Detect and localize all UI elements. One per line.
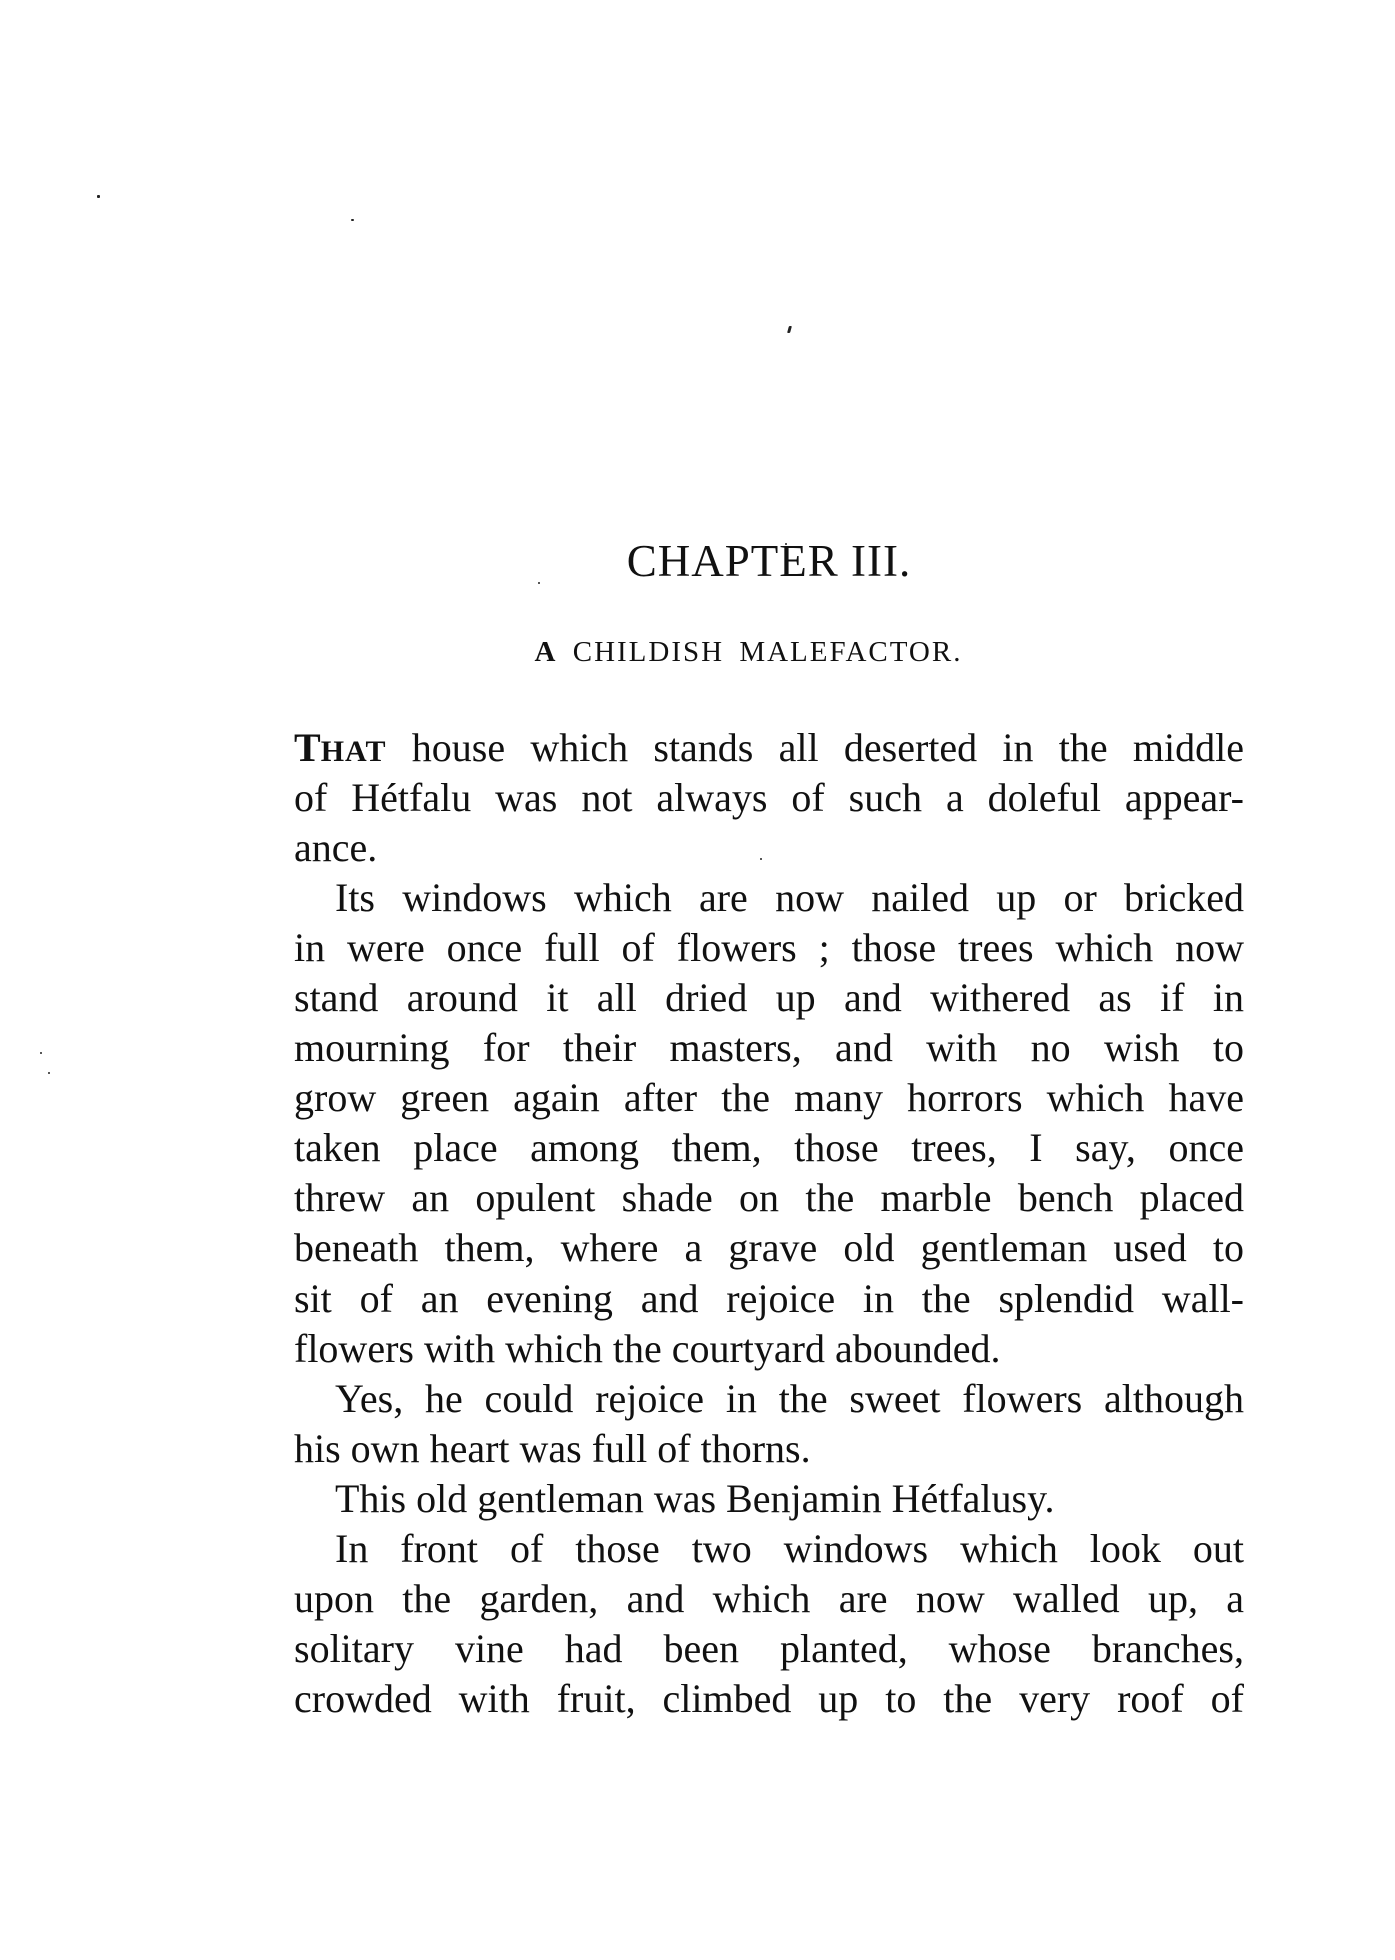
text-line-content: sit of an evening and rejoice in the spl… xyxy=(294,1276,1244,1321)
text-line: This old gentleman was Benjamin Hétfalus… xyxy=(294,1474,1244,1524)
text-line-content: in were once full of flowers ; those tre… xyxy=(294,925,1244,970)
scan-speck xyxy=(351,219,354,221)
lead-word-initial: T xyxy=(294,725,321,770)
text-line: sit of an evening and rejoice in the spl… xyxy=(294,1274,1244,1324)
text-line: beneath them, where a grave old gentlema… xyxy=(294,1223,1244,1273)
body-text: THAT house which stands all deserted in … xyxy=(294,723,1244,1724)
text-line: Yes, he could rejoice in the sweet flowe… xyxy=(294,1374,1244,1424)
text-line-content: Its windows which are now nailed up or b… xyxy=(335,875,1244,920)
text-line-content: crowded with fruit, climbed up to the ve… xyxy=(294,1676,1244,1721)
text-line-content: In front of those two windows which look… xyxy=(335,1526,1244,1571)
text-line-content: flowers with which the courtyard abounde… xyxy=(294,1326,1000,1371)
text-line: stand around it all dried up and withere… xyxy=(294,973,1244,1023)
text-line: upon the garden, and which are now walle… xyxy=(294,1574,1244,1624)
text-line: grow green again after the many horrors … xyxy=(294,1073,1244,1123)
text-line: THAT house which stands all deserted in … xyxy=(294,723,1244,773)
text-line: in were once full of flowers ; those tre… xyxy=(294,923,1244,973)
text-line-content: This old gentleman was Benjamin Hétfalus… xyxy=(335,1476,1054,1521)
text-line: solitary vine had been planted, whose br… xyxy=(294,1624,1244,1674)
text-line-content: grow green again after the many horrors … xyxy=(294,1075,1244,1120)
text-line-content: taken place among them, those trees, I s… xyxy=(294,1125,1244,1170)
scan-speck xyxy=(48,1072,50,1074)
scan-speck xyxy=(40,1052,42,1054)
text-line: ance. xyxy=(294,823,1244,873)
text-line: mourning for their masters, and with no … xyxy=(294,1023,1244,1073)
text-line-content: ance. xyxy=(294,825,377,870)
scan-speck xyxy=(787,326,792,333)
text-line-content: mourning for their masters, and with no … xyxy=(294,1025,1244,1070)
lead-word-rest: HAT xyxy=(321,735,387,768)
text-line-content: solitary vine had been planted, whose br… xyxy=(294,1626,1244,1671)
scan-speck xyxy=(97,195,100,198)
text-line: flowers with which the courtyard abounde… xyxy=(294,1324,1244,1374)
text-line-content: beneath them, where a grave old gentlema… xyxy=(294,1225,1244,1270)
text-line-content: his own heart was full of thorns. xyxy=(294,1426,811,1471)
text-line: his own heart was full of thorns. xyxy=(294,1424,1244,1474)
text-line-content: of Hétfalu was not always of such a dole… xyxy=(294,775,1244,820)
chapter-subtitle: A CHILDISH MALEFACTOR. xyxy=(0,634,1395,670)
text-line-content: house which stands all deserted in the m… xyxy=(386,725,1244,770)
text-line-content: upon the garden, and which are now walle… xyxy=(294,1576,1244,1621)
text-line: of Hétfalu was not always of such a dole… xyxy=(294,773,1244,823)
chapter-subtitle-initial: A xyxy=(535,636,558,668)
text-line-content: stand around it all dried up and withere… xyxy=(294,975,1244,1020)
text-line: Its windows which are now nailed up or b… xyxy=(294,873,1244,923)
text-line-content: threw an opulent shade on the marble ben… xyxy=(294,1175,1244,1220)
text-line: crowded with fruit, climbed up to the ve… xyxy=(294,1674,1244,1724)
text-line: threw an opulent shade on the marble ben… xyxy=(294,1173,1244,1223)
text-line: In front of those two windows which look… xyxy=(294,1524,1244,1574)
chapter-heading: CHAPTER III. xyxy=(0,536,1395,586)
chapter-subtitle-text: CHILDISH MALEFACTOR. xyxy=(573,636,963,668)
text-line-content: Yes, he could rejoice in the sweet flowe… xyxy=(335,1376,1244,1421)
text-line: taken place among them, those trees, I s… xyxy=(294,1123,1244,1173)
